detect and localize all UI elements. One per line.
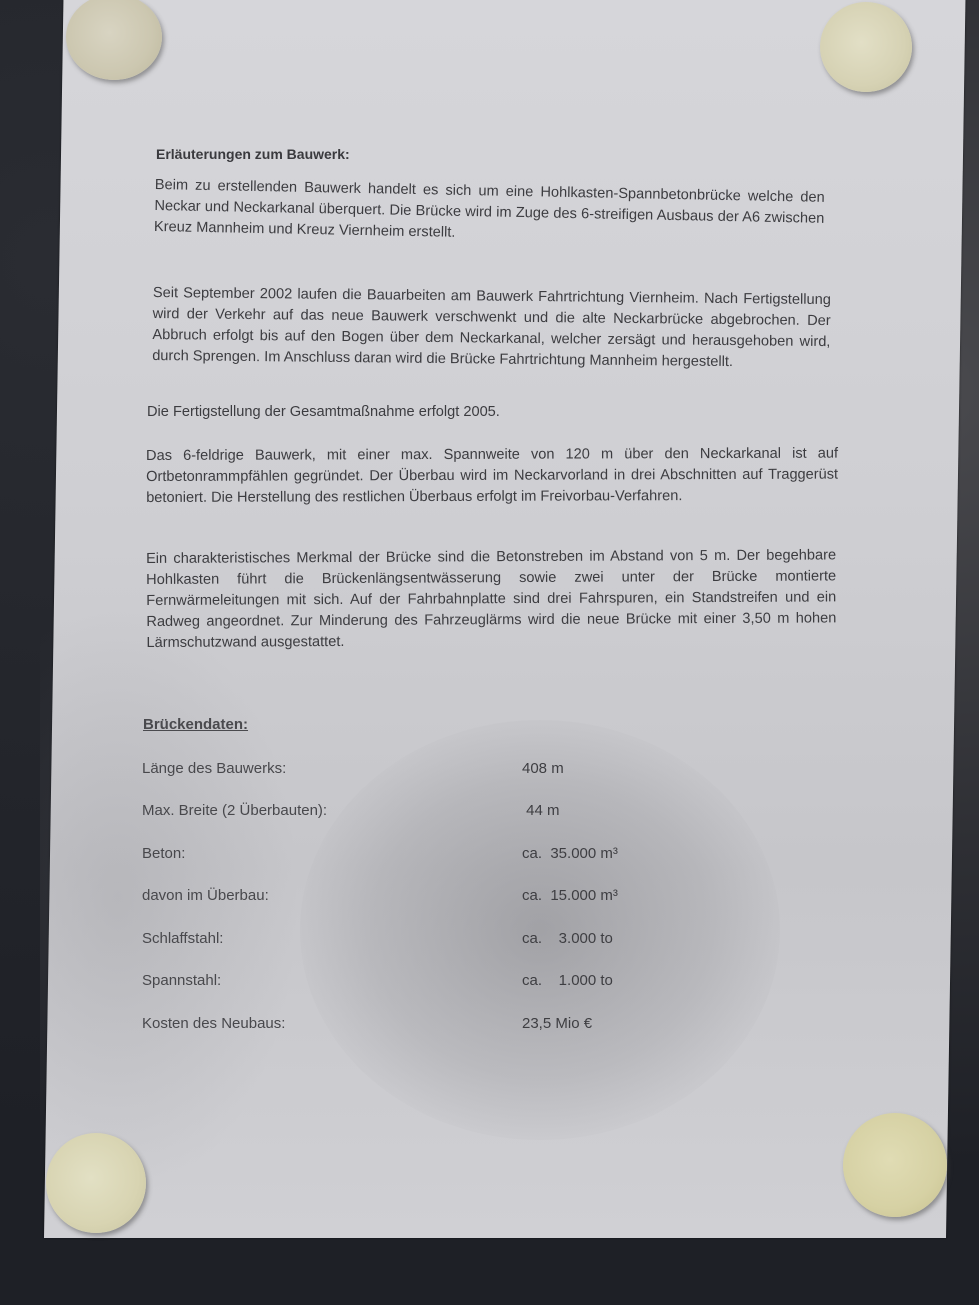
paragraph-intro: Beim zu erstellenden Bauwerk handelt es …: [154, 175, 825, 251]
data-label: Spannstahl:: [142, 972, 221, 989]
magnet-top-right: [820, 2, 912, 92]
data-value: ca. 1.000 to: [522, 972, 613, 989]
paragraph-completion: Die Fertigstellung der Gesamtmaßnahme er…: [147, 402, 837, 423]
data-row: Länge des Bauwerks: 408 m: [0, 760, 979, 782]
data-row: Kosten des Neubaus: 23,5 Mio €: [0, 1015, 979, 1037]
document-content: Erläuterungen zum Bauwerk: Beim zu erste…: [0, 0, 979, 1305]
data-label: Beton:: [142, 845, 185, 862]
magnet-bottom-right: [843, 1113, 947, 1217]
data-label: davon im Überbau:: [142, 887, 269, 904]
data-row: Schlaffstahl: ca. 3.000 to: [0, 930, 979, 952]
data-value: ca. 15.000 m³: [522, 887, 618, 904]
data-row: davon im Überbau: ca. 15.000 m³: [0, 887, 979, 909]
data-value: ca. 35.000 m³: [522, 845, 618, 862]
paragraph-construction: Seit September 2002 laufen die Bauarbeit…: [152, 283, 831, 374]
data-row: Spannstahl: ca. 1.000 to: [0, 972, 979, 994]
data-row: Beton: ca. 35.000 m³: [0, 845, 979, 867]
data-value: 23,5 Mio €: [522, 1015, 592, 1032]
data-value: 408 m: [522, 760, 564, 777]
data-value: ca. 3.000 to: [522, 930, 613, 947]
data-value: 44 m: [522, 802, 560, 819]
paragraph-structure: Das 6-feldrige Bauwerk, mit einer max. S…: [146, 444, 838, 509]
data-row: Max. Breite (2 Überbauten): 44 m: [0, 802, 979, 824]
magnet-bottom-left: [46, 1133, 146, 1233]
bridge-data-heading: Brückendaten:: [143, 716, 248, 733]
data-label: Kosten des Neubaus:: [142, 1015, 285, 1032]
paragraph-features: Ein charakteristisches Merkmal der Brück…: [146, 545, 837, 654]
data-label: Länge des Bauwerks:: [142, 760, 286, 777]
data-label: Schlaffstahl:: [142, 930, 223, 947]
data-label: Max. Breite (2 Überbauten):: [142, 802, 327, 819]
document-heading: Erläuterungen zum Bauwerk:: [156, 146, 350, 162]
